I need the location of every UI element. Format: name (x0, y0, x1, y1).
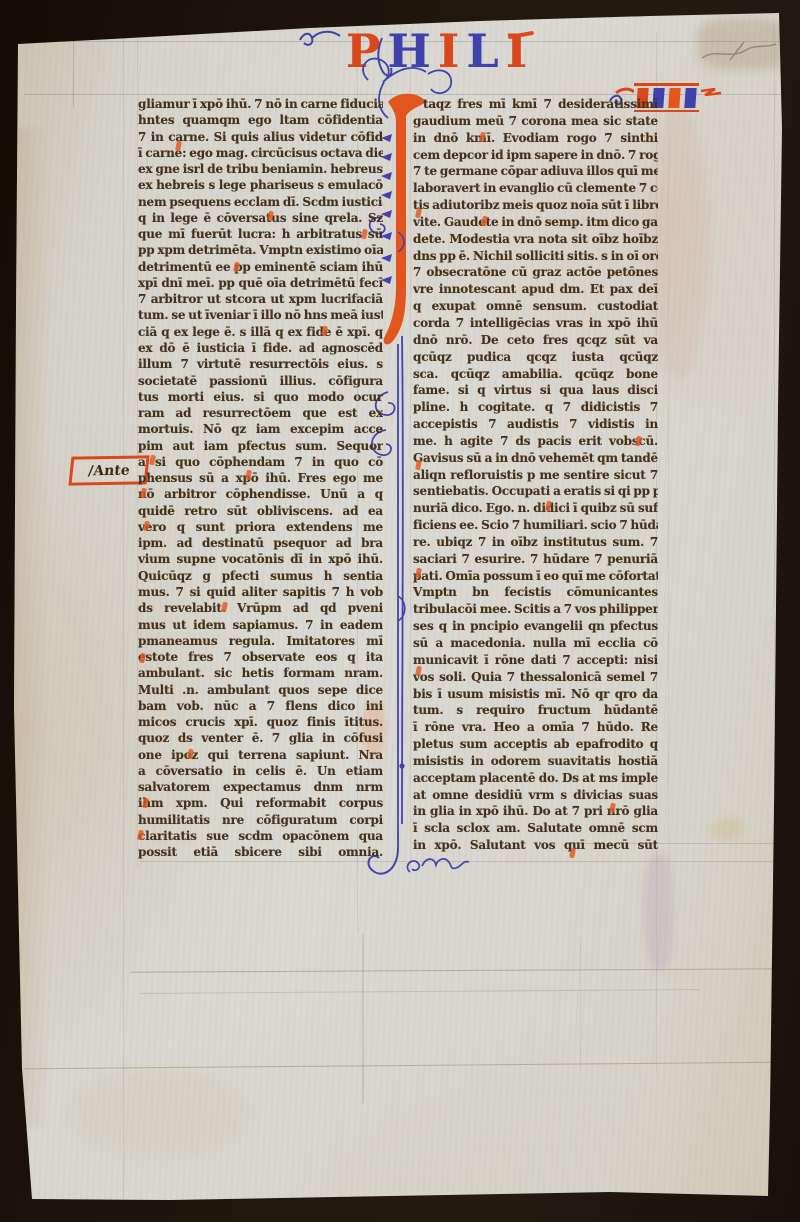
stain (710, 818, 744, 840)
text-line: vite. Gaudete in dnō semp. itm dico gau (413, 214, 658, 231)
text-line: municavit ī rōne dati 7 accepti: nisi (413, 652, 658, 669)
text-line: accepistis 7 audistis 7 vidistis in (413, 416, 658, 433)
text-line: gliamur ī xpō ihū. 7 nō in carne fiducia (138, 96, 383, 112)
margin-note-text: /Ante (87, 462, 130, 479)
text-line: ex dō ē iusticia ī fide. ad agnoscēd (138, 340, 383, 356)
text-line: Multi .n. ambulant quos sepe dice (138, 682, 383, 698)
text-line: dnō nrō. De ceto fres qcqz sūt va (413, 332, 658, 349)
text-line: xpī dnī meī. pp quē oīa detrimētū fecī (138, 275, 383, 291)
stain (644, 853, 674, 971)
ruling-line (668, 88, 669, 868)
text-line: saciari 7 esurire. 7 hūdare 7 penuriā (413, 551, 658, 568)
text-line: Vmptn bn fecistis cōmunicantes (413, 584, 658, 601)
numeral-stroke (684, 88, 696, 108)
text-line: que mī fuerūt lucra: h arbitratus sū (138, 226, 383, 242)
text-line: 7 in carne. Si quis alius videtur cōfid (138, 129, 383, 145)
ink-scribble (700, 36, 780, 66)
text-line: quoz ds venter ē. 7 glia in cōfusi (138, 730, 383, 746)
text-line: gaudium meū 7 corona mea sic state (413, 113, 658, 130)
text-line: taqz fres mī kmī 7 desideratissimī (413, 96, 658, 113)
text-line: cem depcor id ipm sapere in dnō. 7 rogo (413, 147, 658, 164)
text-line: ī rōne vra. Heo a omīa 7 hūdo. Re (413, 719, 658, 736)
photograph-background: { "document": { "kind": "Medieval manusc… (0, 0, 800, 1222)
text-line: 7 te germane cōpar adiuva illos quī mecū (413, 163, 658, 180)
ruling-line (24, 1062, 784, 1070)
text-line: vium supne vocatōnis dī in xpō ihū. (138, 551, 383, 567)
text-line: acceptam placentē do. Ds at ms imple (413, 770, 658, 787)
text-line: ciā q ex lege ē. s illā q ex fide ē xpī.… (138, 324, 383, 340)
text-line: ex gne isrl de tribu beniamin. hebreus (138, 161, 383, 177)
stain (70, 1068, 250, 1158)
text-line: Gavisus sū a in dnō vehemēt qm tandē (413, 450, 658, 467)
text-line: mortuis. Nō qz iam excepim acce (138, 421, 383, 437)
text-line: pline. h cogitate. q 7 didicistis 7 (413, 399, 658, 416)
text-line: ficiens ee. Scio 7 humiliari. scio 7 hūd… (413, 517, 658, 534)
text-line: aliqn refloruistis p me sentire sicut 7 (413, 467, 658, 484)
text-line: micos crucis xpī. quoz finis ītitus. (138, 714, 383, 730)
text-line: sentiebatis. Occupati a eratis si qi pp … (413, 483, 658, 500)
text-line: pletus sum acceptis ab epafrodito q (413, 736, 658, 753)
text-line: pp xpm detrimēta. Vmptn existimo oīa (138, 242, 383, 258)
text-line: claritatis sue scdm opacōnem qua (138, 828, 383, 844)
text-line: pati. Omīa possum ī eo quī me cōfortat. (413, 568, 658, 585)
ruling-line (123, 33, 124, 1198)
stain (650, 103, 708, 383)
text-line: phensus sū a xpō ihū. Fres ego me (138, 470, 383, 486)
text-line: salvatorem expectamus dnm nrm (138, 779, 383, 795)
text-line: at omne desidiū vrm s divicias suas (413, 787, 658, 804)
text-line: pim aut iam pfectus sum. Sequor (138, 438, 383, 454)
ruling-line (130, 968, 785, 972)
text-line: quidē retro sūt obliviscens. ad ea (138, 503, 383, 519)
numeral-right-flourish-icon (699, 85, 723, 109)
text-line: Quicūqz g pfecti sumus h sentia (138, 568, 383, 584)
text-line: 7 arbitror ut stcora ut xpm lucrifaciā (138, 291, 383, 307)
text-line: re. ubiqz 7 in oībz institutus sum. 7 (413, 534, 658, 551)
text-line: q in lege ē cōversatus sine qrela. Sz (138, 210, 383, 226)
text-line: laboravert in evanglio cū clemente 7 ce (413, 180, 658, 197)
text-line: mus. 7 si quid aliter sapitis 7 h vob (138, 584, 383, 600)
title-paraph-flourish-icon (298, 26, 342, 48)
text-line: tus morti eius. si quo modo ocur (138, 389, 383, 405)
text-line: fame. si q virtus si qua laus disci (413, 382, 658, 399)
text-line: a cōversatio in celis ē. Un etiam (138, 763, 383, 779)
text-line: ihm xpm. Qui reformabit corpus (138, 795, 383, 811)
text-line: me. h agite 7 ds pacis erit vobscū. (413, 433, 658, 450)
text-column-left: gliamur ī xpō ihū. 7 nō in carne fiducia… (138, 96, 383, 861)
text-line: tis adiutoribz meis quoz noīa sūt ī libr… (413, 197, 658, 214)
text-line: illum 7 virtutē resurrectōis eius. s (138, 356, 383, 372)
text-line: nō arbitror cōphendisse. Unū a q (138, 486, 383, 502)
ruling-line (362, 933, 364, 1103)
text-line: sca. qcūqz amabilia. qcūqz bone (413, 366, 658, 383)
text-line: a si quo cōphendam 7 in quo cō (138, 454, 383, 470)
text-line: ī scla sclox am. Salutate omnē scm (413, 820, 658, 837)
text-line: qcūqz pudica qcqz iusta qcūqz (413, 349, 658, 366)
text-line: nuriā dico. Ego. n. didici ī quibz sū su… (413, 500, 658, 517)
text-line: mus ut idem sapiamus. 7 in eadem (138, 617, 383, 633)
stain (10, 128, 50, 1128)
text-line: tum. s requiro fructum hūdantē (413, 702, 658, 719)
text-line: vero q sunt priora extendens me (138, 519, 383, 535)
text-column-right: taqz fres mī kmī 7 desideratissimīgaudiu… (413, 96, 658, 854)
text-line: ipm. ad destinatū psequor ad bra (138, 535, 383, 551)
ruling-line (580, 938, 581, 1068)
parchment-leaf: PHILI /Ante (10, 8, 788, 1204)
text-line: 7 obsecratōne cū graz actōe petōnes (413, 264, 658, 281)
text-line: q exupat omnē sensum. custodiat (413, 298, 658, 315)
ruling-line (73, 38, 74, 108)
text-line: nem psequens ecclam dī. Scdm iusticiā (138, 194, 383, 210)
text-line: ram ad resurrectōem que est ex (138, 405, 383, 421)
text-line: dete. Modestia vra nota sit oībz hoībz (413, 231, 658, 248)
text-line: sū a macedonia. nulla mī ecclia cō (413, 635, 658, 652)
text-line: tribulacōi mee. Scitis a 7 vos philippen (413, 601, 658, 618)
numeral-stroke (668, 88, 680, 108)
text-line: ds revelabit. Vrūpm ad qd pveni (138, 600, 383, 616)
text-line: tum. se ut īveniar ī illo nō hns meā ius… (138, 307, 383, 323)
text-line: detrimentū ee pp eminentē sciam ihū (138, 259, 383, 275)
text-line: one ipoz qui terrena sapiunt. Nra (138, 747, 383, 763)
text-line: dns pp ē. Nichil solliciti sitis. s in o… (413, 248, 658, 265)
text-line: estote fres 7 observate eos q ita (138, 649, 383, 665)
text-line: vos soli. Quia 7 thessalonicā semel 7 (413, 669, 658, 686)
text-line: pmaneamus regula. Imitatores mī (138, 633, 383, 649)
ruling-line (774, 23, 775, 1183)
text-line: misistis in odorem suavitatis hostiā (413, 753, 658, 770)
text-line: in xpō. Salutant vos quī mecū sūt (413, 837, 658, 854)
text-line: in glia in xpō ihū. Do at 7 pri nrō glia (413, 803, 658, 820)
text-line: humilitatis nre cōfiguratum corpi (138, 812, 383, 828)
text-line: hntes quamqm ego ltam cōfidentia (138, 112, 383, 128)
text-line: ex hebreis s lege phariseus s emulacō (138, 177, 383, 193)
text-line: ambulant. sic hetis formam nram. (138, 665, 383, 681)
text-line: in dnō kmī. Evodiam rogo 7 sinthi (413, 130, 658, 147)
text-line: societatē passionū illius. cōfigura (138, 373, 383, 389)
text-line: ses q in pncipio evangelii qn pfectus (413, 618, 658, 635)
text-line: bis ī usum misistis mī. Nō qr qro da (413, 686, 658, 703)
text-line: bam vob. nūc a 7 flens dico ini (138, 698, 383, 714)
text-line: possit etiā sbicere sibi omnia. (138, 844, 383, 860)
ruling-line (140, 989, 700, 994)
text-line: vre innotescant apud dm. Et pax deī (413, 281, 658, 298)
text-line: corda 7 intelligēcias vras in xpō ihū (413, 315, 658, 332)
